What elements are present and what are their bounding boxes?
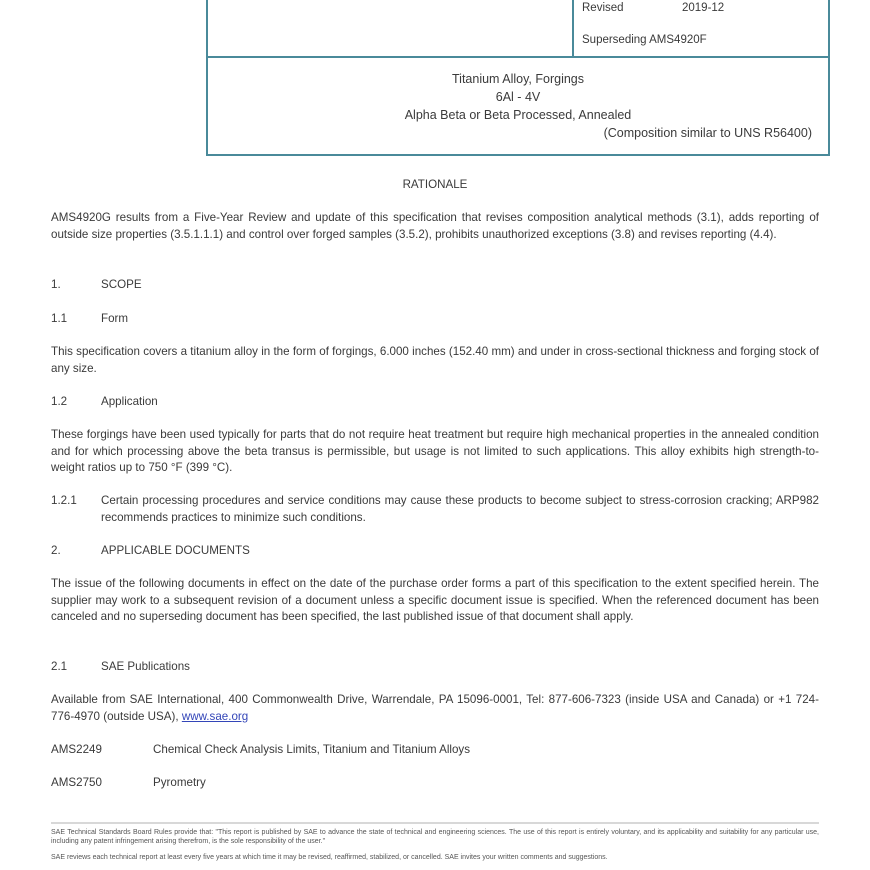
revised-row: Revised2019-12 — [582, 2, 724, 14]
section-number: 1.2 — [51, 394, 101, 411]
reference-item: AMS2750 Pyrometry — [51, 775, 819, 792]
section-title: SAE Publications — [101, 660, 190, 673]
title-line-2: 6Al - 4V — [208, 88, 828, 106]
section-1-2-heading: 1.2Application — [51, 394, 819, 411]
section-title: APPLICABLE DOCUMENTS — [101, 544, 250, 557]
section-text: Certain processing procedures and servic… — [101, 493, 819, 526]
section-title: Application — [101, 395, 158, 408]
document-header-box: Revised2019-12 Superseding AMS4920F Tita… — [206, 0, 830, 156]
section-1-1-text: This specification covers a titanium all… — [51, 344, 819, 377]
section-number: 1.1 — [51, 311, 101, 328]
section-number: 1. — [51, 277, 101, 294]
footer-divider — [51, 822, 819, 824]
section-2-1-text: Available from SAE International, 400 Co… — [51, 692, 819, 725]
footer-notice-2: SAE reviews each technical report at lea… — [51, 853, 819, 862]
section-2-heading: 2.APPLICABLE DOCUMENTS — [51, 543, 819, 560]
sae-website-link[interactable]: www.sae.org — [182, 710, 248, 723]
superseding-row: Superseding AMS4920F — [582, 34, 707, 46]
reference-item: AMS2249 Chemical Check Analysis Limits, … — [51, 742, 819, 759]
section-number: 2.1 — [51, 659, 101, 676]
header-top-row: Revised2019-12 Superseding AMS4920F — [208, 0, 828, 58]
section-1-2-1: 1.2.1 Certain processing procedures and … — [51, 493, 819, 526]
section-1-2-text: These forgings have been used typically … — [51, 427, 819, 477]
footer-notice-1: SAE Technical Standards Board Rules prov… — [51, 828, 819, 846]
reference-id: AMS2249 — [51, 742, 153, 759]
reference-title: Pyrometry — [153, 775, 206, 792]
reference-id: AMS2750 — [51, 775, 153, 792]
composition-note: (Composition similar to UNS R56400) — [208, 124, 828, 142]
revised-label: Revised — [582, 2, 682, 14]
section-1-heading: 1.SCOPE — [51, 277, 819, 294]
section-title: Form — [101, 312, 128, 325]
revision-info: Revised2019-12 Superseding AMS4920F — [572, 0, 828, 56]
section-title: SCOPE — [101, 278, 142, 291]
section-2-text: The issue of the following documents in … — [51, 576, 819, 626]
rationale-text: AMS4920G results from a Five-Year Review… — [51, 210, 819, 243]
rationale-heading: RATIONALE — [51, 177, 819, 194]
document-title: Titanium Alloy, Forgings 6Al - 4V Alpha … — [208, 58, 828, 154]
section-number: 1.2.1 — [51, 493, 101, 526]
title-line-1: Titanium Alloy, Forgings — [208, 70, 828, 88]
sae-address-text: Available from SAE International, 400 Co… — [51, 693, 819, 723]
section-number: 2. — [51, 543, 101, 560]
title-line-3: Alpha Beta or Beta Processed, Annealed — [208, 106, 828, 124]
reference-title: Chemical Check Analysis Limits, Titanium… — [153, 742, 470, 759]
revised-value: 2019-12 — [682, 2, 724, 14]
section-1-1-heading: 1.1Form — [51, 311, 819, 328]
rationale-heading-text: RATIONALE — [51, 177, 819, 194]
superseding-text: Superseding AMS4920F — [582, 34, 707, 46]
section-2-1-heading: 2.1SAE Publications — [51, 659, 819, 676]
